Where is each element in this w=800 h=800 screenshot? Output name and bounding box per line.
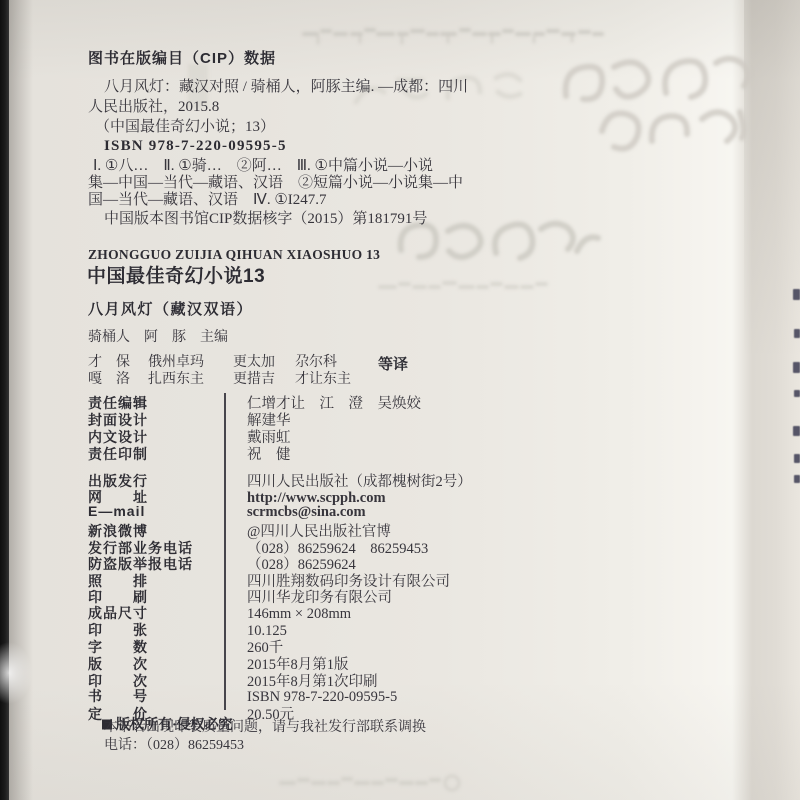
table-row: 印 次 2015年8月第1次印刷 bbox=[88, 670, 472, 687]
translator-name: 扎西东主 bbox=[148, 368, 204, 388]
table-divider-rule bbox=[224, 393, 226, 710]
table-row: 发行部业务电话 （028）86259624 86259453 bbox=[88, 537, 472, 554]
translator-name: 更措吉 bbox=[233, 368, 275, 388]
cip-series-line: （中国最佳奇幻小说；13） bbox=[95, 119, 275, 136]
staff-credits-table: 责任编辑 仁增才让 江 澄 吴焕姣 封面设计 解建华 内文设计 戴雨虹 责任印制… bbox=[88, 392, 421, 460]
translators-suffix: 等译 bbox=[378, 357, 408, 374]
table-row: 书 号 ISBN 978-7-220-09595-5 bbox=[88, 686, 472, 703]
book-copyright-page-photo: 图书在版编目（CIP）数据 八月风灯：藏汉对照 / 骑桶人，阿豚主编. —成都：… bbox=[0, 0, 800, 800]
series-title: 中国最佳奇幻小说13 bbox=[87, 266, 265, 288]
row-value: scrmcbs@sina.com bbox=[225, 504, 366, 521]
row-label: E—mail bbox=[88, 503, 225, 519]
adjacent-page-shade bbox=[744, 0, 800, 800]
table-row: 照 排 四川胜翔数码印务设计有限公司 bbox=[88, 570, 472, 587]
table-row: 字 数 260千 bbox=[88, 636, 472, 653]
series-title-pinyin: ZHONGGUO ZUIJIA QIHUAN XIAOSHUO 13 bbox=[88, 247, 380, 263]
table-row: 出版发行 四川人民出版社（成都槐树街2号） bbox=[88, 470, 472, 487]
publication-info-table: 出版发行 四川人民出版社（成都槐树街2号） 网 址 http://www.scp… bbox=[88, 470, 472, 720]
row-value: 四川人民出版社（成都槐树街2号） bbox=[225, 470, 472, 491]
row-value: 146mm × 208mm bbox=[225, 606, 351, 623]
copyright-notice-line3: 电话：（028）86259453 bbox=[104, 738, 244, 754]
table-row: 内文设计 戴雨虹 bbox=[88, 426, 421, 443]
translators-row: 嘎 洛 扎西东主 更措吉 才让东主 bbox=[88, 368, 408, 385]
table-row: 新浪微博 @四川人民出版社官博 bbox=[88, 520, 472, 537]
cip-classification-line3: 国—当代—藏语、汉语 Ⅳ. ①I247.7 bbox=[88, 192, 327, 209]
row-value: 四川华龙印务有限公司 bbox=[225, 586, 392, 607]
translators-grid: 才 保 俄州卓玛 更太加 尕尔科 嘎 洛 扎西东主 更措吉 才让东主 bbox=[88, 351, 408, 385]
table-row: 责任印制 祝 健 bbox=[88, 443, 421, 460]
table-row: 责任编辑 仁增才让 江 澄 吴焕姣 bbox=[88, 392, 421, 409]
translator-name: 嘎 洛 bbox=[88, 368, 130, 388]
paper-glare-spot bbox=[0, 642, 32, 704]
book-title: 八月风灯（藏汉双语） bbox=[88, 301, 253, 318]
table-row: 成品尺寸 146mm × 208mm bbox=[88, 603, 472, 620]
table-row: 印 张 10.125 bbox=[88, 620, 472, 637]
cip-classification-line1: Ⅰ. ①八… Ⅱ. ①骑… ②阿… Ⅲ. ①中篇小说—小说 bbox=[93, 158, 433, 175]
cip-isbn-line: ISBN 978-7-220-09595-5 bbox=[104, 138, 287, 155]
cip-header: 图书在版编目（CIP）数据 bbox=[88, 50, 276, 67]
editors-line: 骑桶人 阿 豚 主编 bbox=[88, 330, 228, 346]
row-label: 责任印制 bbox=[88, 444, 225, 464]
table-row: 版 次 2015年8月第1版 bbox=[88, 653, 472, 670]
copyright-notice-line2: 本书若出现印装质量问题，请与我社发行部联系调换 bbox=[104, 720, 426, 736]
translator-name: 才让东主 bbox=[295, 368, 351, 388]
cip-description-line1: 八月风灯：藏汉对照 / 骑桶人，阿豚主编. —成都：四川 bbox=[104, 79, 468, 96]
row-value: 祝 健 bbox=[225, 443, 291, 464]
table-row: E—mail scrmcbs@sina.com bbox=[88, 503, 472, 520]
translators-row: 才 保 俄州卓玛 更太加 尕尔科 bbox=[88, 351, 408, 368]
cip-description-line2: 人民出版社，2015.8 bbox=[88, 99, 219, 116]
cip-registry-line: 中国版本图书馆CIP数据核字（2015）第181791号 bbox=[104, 211, 427, 228]
row-value: 2015年8月第1次印刷 bbox=[225, 670, 378, 691]
cip-classification-line2: 集—中国—当代—藏语、汉语 ②短篇小说—小说集—中 bbox=[88, 175, 463, 192]
